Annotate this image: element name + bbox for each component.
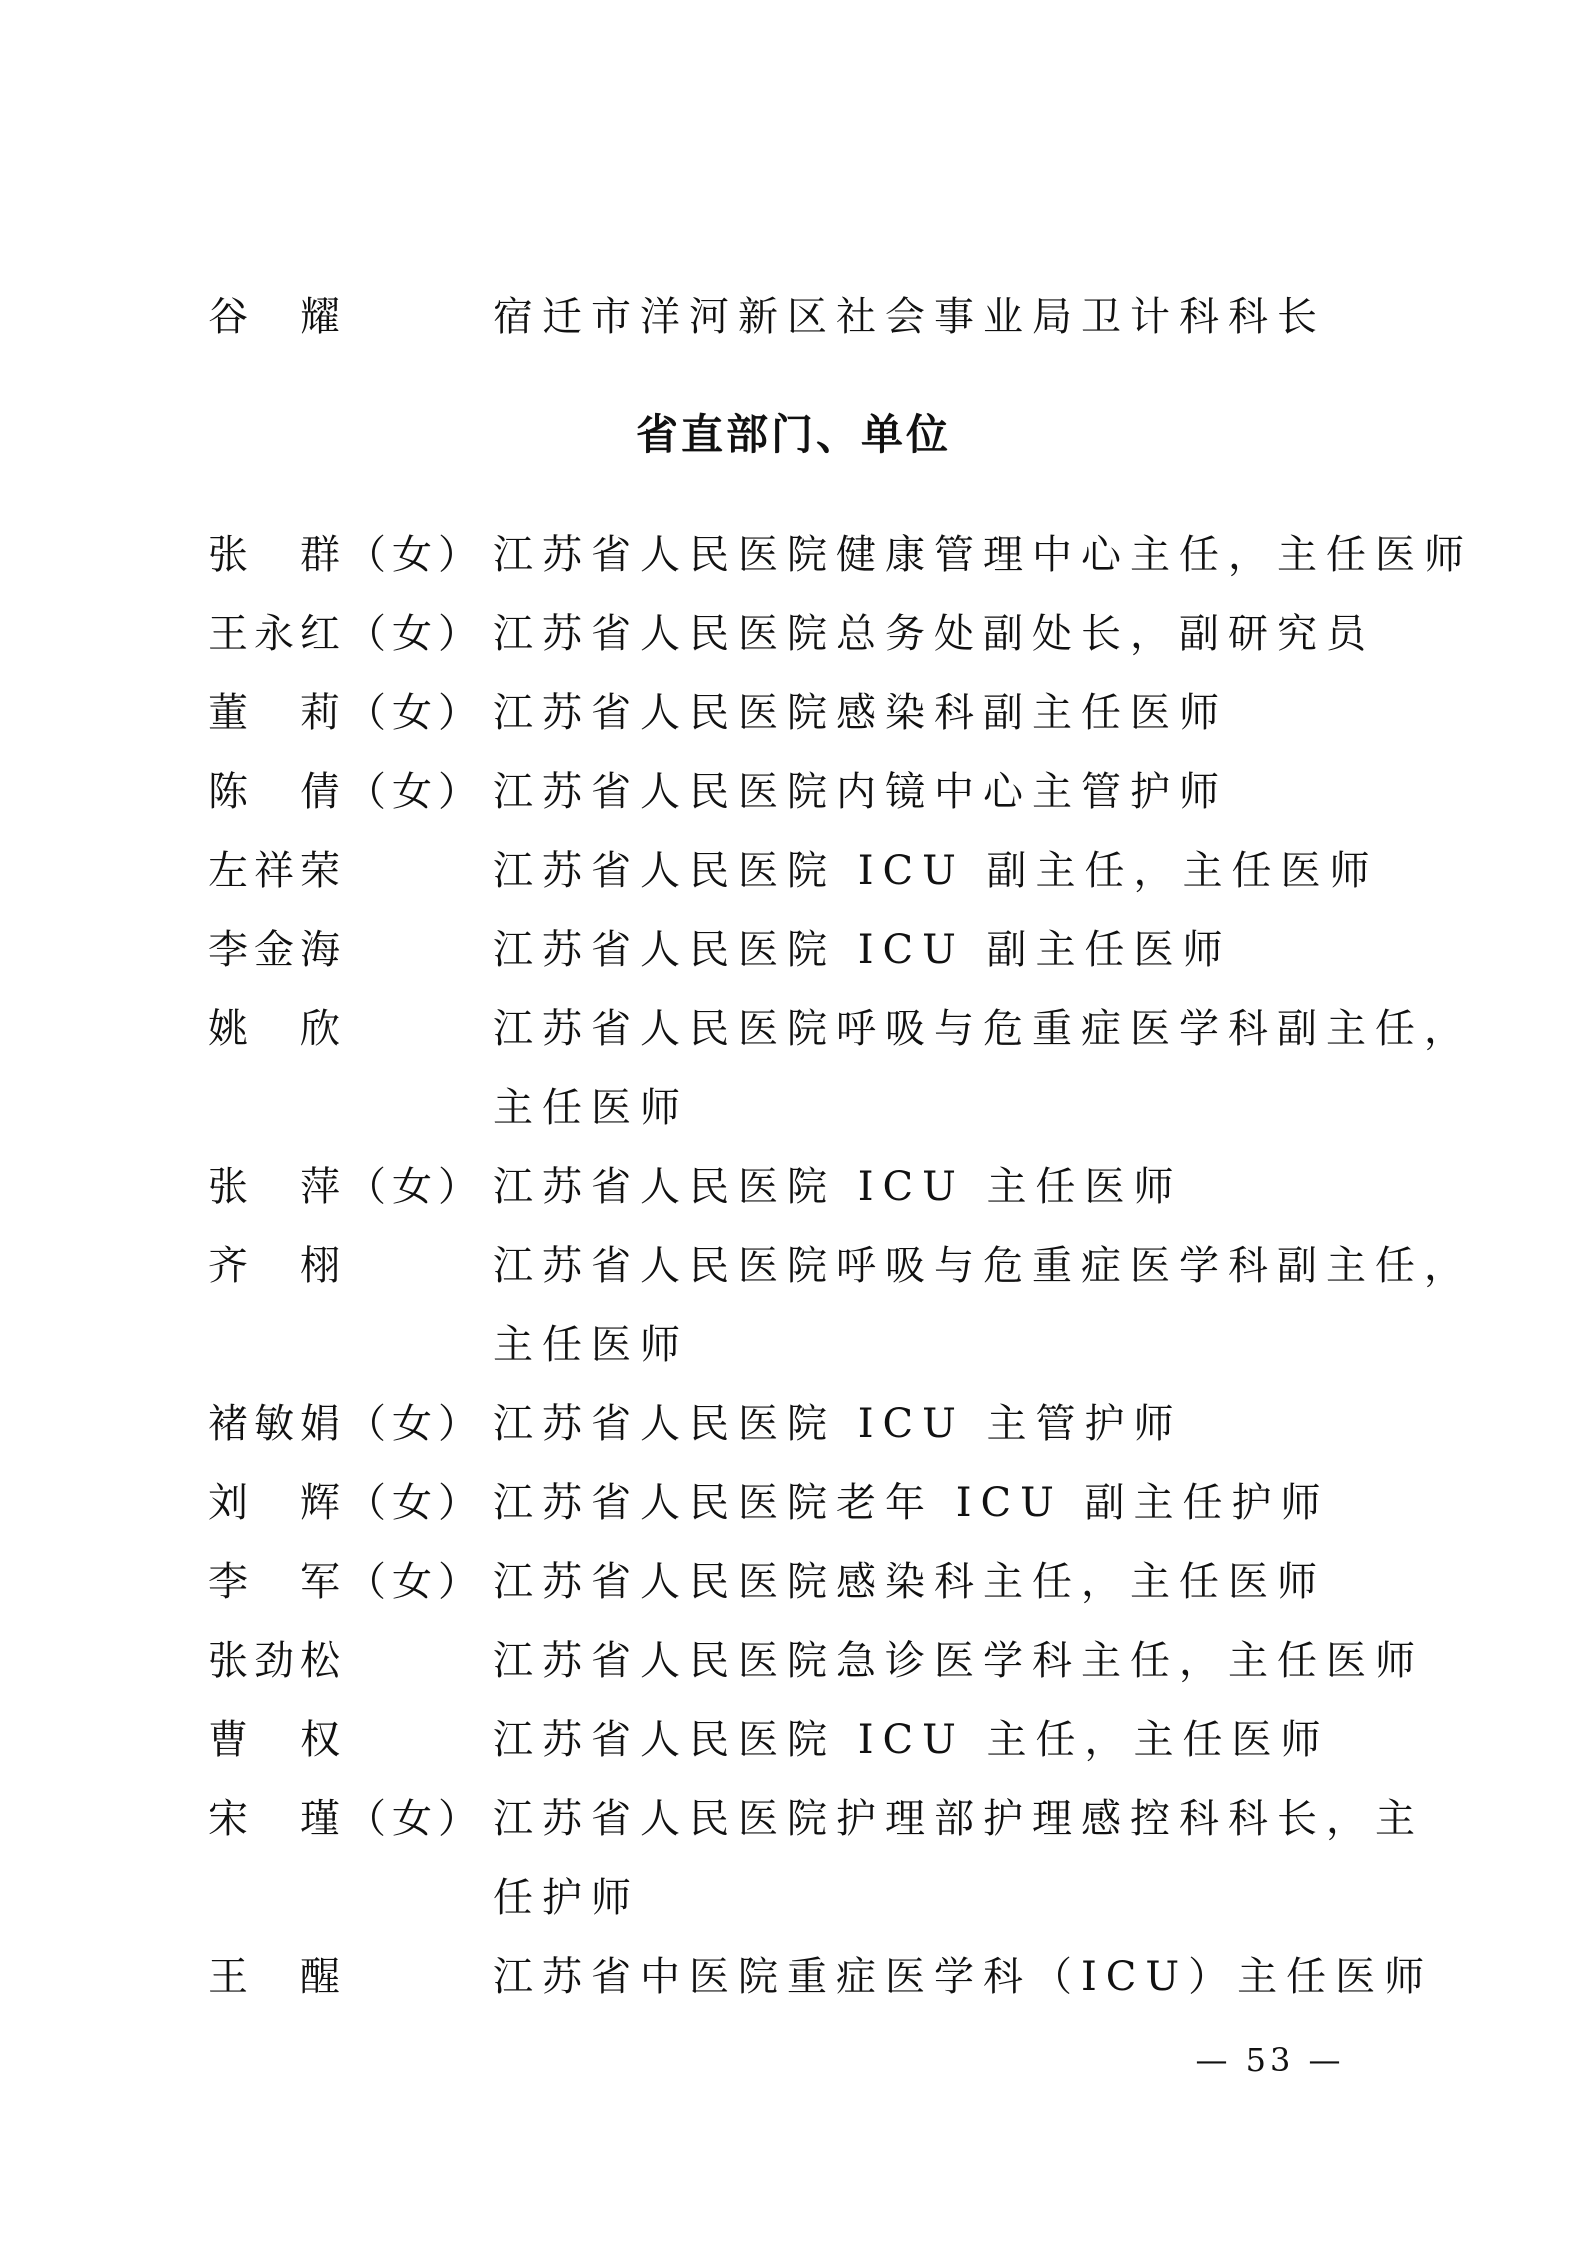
entry-top: 谷 耀 宿迁市洋河新区社会事业局卫计科科长 <box>208 278 1408 357</box>
entry-line: 左祥荣江苏省人民医院 ICU 副主任，主任医师 <box>208 832 1408 911</box>
person-position: 江苏省人民医院总务处副处长，副研究员 <box>493 595 1375 674</box>
person-name: 姚 欣 <box>208 990 493 1069</box>
person-name: 齐 栩 <box>208 1227 493 1306</box>
entry-line: 刘 辉（女）江苏省人民医院老年 ICU 副主任护师 <box>208 1464 1408 1543</box>
person-position: 江苏省人民医院内镜中心主管护师 <box>493 753 1228 832</box>
person-position: 江苏省人民医院呼吸与危重症医学科副主任， <box>493 990 1473 1069</box>
entry-line: 王永红（女）江苏省人民医院总务处副处长，副研究员 <box>208 595 1408 674</box>
list-item: 张 群（女）江苏省人民医院健康管理中心主任，主任医师 <box>208 516 1408 595</box>
list-item: 陈 倩（女）江苏省人民医院内镜中心主管护师 <box>208 753 1408 832</box>
list-item: 张劲松江苏省人民医院急诊医学科主任，主任医师 <box>208 1622 1408 1701</box>
person-position: 宿迁市洋河新区社会事业局卫计科科长 <box>493 278 1326 357</box>
list-item: 王 醒江苏省中医院重症医学科（ICU）主任医师 <box>208 1938 1408 2017</box>
person-position: 江苏省人民医院 ICU 主任医师 <box>493 1148 1183 1227</box>
person-position: 江苏省人民医院感染科副主任医师 <box>493 674 1228 753</box>
list-item: 张 萍（女）江苏省人民医院 ICU 主任医师 <box>208 1148 1408 1227</box>
person-position: 江苏省人民医院 ICU 副主任，主任医师 <box>493 832 1379 911</box>
person-position: 江苏省人民医院健康管理中心主任，主任医师 <box>493 516 1473 595</box>
entry-line: 姚 欣江苏省人民医院呼吸与危重症医学科副主任， <box>208 990 1408 1069</box>
entry-line: 曹 权江苏省人民医院 ICU 主任，主任医师 <box>208 1701 1408 1780</box>
person-position: 任护师 <box>493 1859 640 1938</box>
person-name: 董 莉（女） <box>208 674 493 753</box>
page-number: — 53 — <box>1180 2035 1360 2085</box>
list-item: 李金海江苏省人民医院 ICU 副主任医师 <box>208 911 1408 990</box>
list-item: 刘 辉（女）江苏省人民医院老年 ICU 副主任护师 <box>208 1464 1408 1543</box>
person-name: 刘 辉（女） <box>208 1464 493 1543</box>
person-name: 陈 倩（女） <box>208 753 493 832</box>
entry-line: 董 莉（女）江苏省人民医院感染科副主任医师 <box>208 674 1408 753</box>
entry-line: 主任医师 <box>208 1306 1408 1385</box>
entry-line: 张 群（女）江苏省人民医院健康管理中心主任，主任医师 <box>208 516 1408 595</box>
person-position: 主任医师 <box>493 1069 689 1148</box>
person-name: 王 醒 <box>208 1938 493 2017</box>
document-page: 谷 耀 宿迁市洋河新区社会事业局卫计科科长 省直部门、单位 张 群（女）江苏省人… <box>0 0 1587 2245</box>
person-name: 曹 权 <box>208 1701 493 1780</box>
section-heading: 省直部门、单位 <box>0 400 1587 470</box>
list-item: 左祥荣江苏省人民医院 ICU 副主任，主任医师 <box>208 832 1408 911</box>
person-position: 江苏省人民医院感染科主任，主任医师 <box>493 1543 1326 1622</box>
person-position: 江苏省人民医院护理部护理感控科科长，主 <box>493 1780 1424 1859</box>
entry-line: 主任医师 <box>208 1069 1408 1148</box>
person-name: 张 群（女） <box>208 516 493 595</box>
person-name: 谷 耀 <box>208 278 493 357</box>
person-position: 江苏省人民医院 ICU 主管护师 <box>493 1385 1183 1464</box>
entry-line: 李 军（女）江苏省人民医院感染科主任，主任医师 <box>208 1543 1408 1622</box>
person-position: 江苏省中医院重症医学科（ICU）主任医师 <box>493 1938 1433 2017</box>
person-name: 褚敏娟（女） <box>208 1385 493 1464</box>
person-name: 宋 瑾（女） <box>208 1780 493 1859</box>
entry-line: 张劲松江苏省人民医院急诊医学科主任，主任医师 <box>208 1622 1408 1701</box>
entry-line: 褚敏娟（女）江苏省人民医院 ICU 主管护师 <box>208 1385 1408 1464</box>
person-position: 江苏省人民医院老年 ICU 副主任护师 <box>493 1464 1330 1543</box>
person-position: 江苏省人民医院 ICU 副主任医师 <box>493 911 1232 990</box>
list-item: 王永红（女）江苏省人民医院总务处副处长，副研究员 <box>208 595 1408 674</box>
list-item: 李 军（女）江苏省人民医院感染科主任，主任医师 <box>208 1543 1408 1622</box>
person-position: 江苏省人民医院呼吸与危重症医学科副主任， <box>493 1227 1473 1306</box>
entry-line: 陈 倩（女）江苏省人民医院内镜中心主管护师 <box>208 753 1408 832</box>
list-item: 齐 栩江苏省人民医院呼吸与危重症医学科副主任，主任医师 <box>208 1227 1408 1385</box>
person-position: 主任医师 <box>493 1306 689 1385</box>
entry-line: 宋 瑾（女）江苏省人民医院护理部护理感控科科长，主 <box>208 1780 1408 1859</box>
person-name: 左祥荣 <box>208 832 493 911</box>
list-item: 宋 瑾（女）江苏省人民医院护理部护理感控科科长，主任护师 <box>208 1780 1408 1938</box>
person-name: 张 萍（女） <box>208 1148 493 1227</box>
person-name: 李 军（女） <box>208 1543 493 1622</box>
list-item: 董 莉（女）江苏省人民医院感染科副主任医师 <box>208 674 1408 753</box>
entry-line: 谷 耀 宿迁市洋河新区社会事业局卫计科科长 <box>208 278 1408 357</box>
list-item: 褚敏娟（女）江苏省人民医院 ICU 主管护师 <box>208 1385 1408 1464</box>
list-item: 曹 权江苏省人民医院 ICU 主任，主任医师 <box>208 1701 1408 1780</box>
entry-line: 李金海江苏省人民医院 ICU 副主任医师 <box>208 911 1408 990</box>
entry-line: 王 醒江苏省中医院重症医学科（ICU）主任医师 <box>208 1938 1408 2017</box>
entry-line: 齐 栩江苏省人民医院呼吸与危重症医学科副主任， <box>208 1227 1408 1306</box>
person-name: 张劲松 <box>208 1622 493 1701</box>
person-name: 王永红（女） <box>208 595 493 674</box>
entry-line: 张 萍（女）江苏省人民医院 ICU 主任医师 <box>208 1148 1408 1227</box>
person-position: 江苏省人民医院急诊医学科主任，主任医师 <box>493 1622 1424 1701</box>
person-position: 江苏省人民医院 ICU 主任，主任医师 <box>493 1701 1330 1780</box>
person-name: 李金海 <box>208 911 493 990</box>
entry-line: 任护师 <box>208 1859 1408 1938</box>
list-item: 姚 欣江苏省人民医院呼吸与危重症医学科副主任，主任医师 <box>208 990 1408 1148</box>
